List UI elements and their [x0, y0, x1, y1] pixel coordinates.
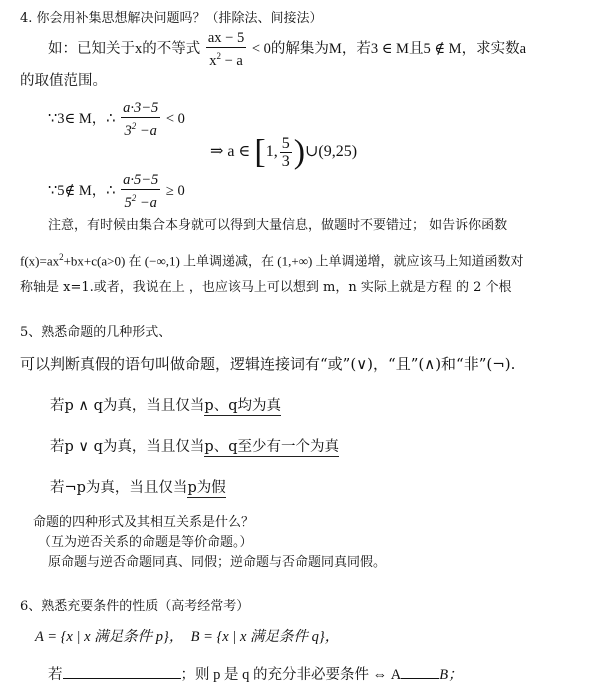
fill-suffix: B；: [439, 667, 462, 683]
rule-answer: p、q均为真: [204, 398, 281, 416]
result-lower: 1,: [266, 143, 278, 160]
logic-rule-not: 若¬p为真，当且仅当p为假: [50, 479, 226, 497]
function-expr-rest: +bx+c(a>0): [64, 253, 126, 268]
step1-prefix: ∵3∈ M，∴: [48, 111, 115, 127]
step1-numerator: a·3−5: [121, 100, 160, 118]
solution-result: ⇒ a ∈ [1,53)∪(9,25): [210, 135, 357, 170]
den-base: x: [209, 53, 216, 69]
note-line-2: f(x)=ax2+bx+c(a>0) 在 (−∞,1) 上单调递减，在 (1,+…: [20, 248, 524, 270]
result-frac-denominator: 3: [280, 153, 292, 170]
solution-step-1: ∵3∈ M，∴ a·3−5 32 −a < 0: [48, 100, 185, 140]
example-middle: < 0的解集为M，若3 ∈ M且5 ∉ M，求实数a: [252, 41, 526, 57]
blank-condition[interactable]: [63, 678, 181, 679]
fill-middle: ；则 p 是 q 的充分非必要条件 ⇔ A: [181, 667, 402, 683]
fraction-denominator: x2 − a: [207, 48, 245, 70]
solution-step-2: ∵5∉ M，∴ a·5−5 52 −a ≥ 0: [48, 172, 185, 212]
left-bracket: [: [254, 134, 265, 171]
result-union: ∪(9,25): [305, 143, 357, 160]
step1-relation: < 0: [166, 111, 185, 127]
den-rest: −a: [136, 195, 157, 211]
set-b-definition: B = {x | x 满足条件 q}，: [191, 629, 340, 645]
step2-fraction: a·5−5 52 −a: [121, 172, 160, 212]
step2-denominator: 52 −a: [122, 190, 158, 212]
den-base: 3: [124, 123, 131, 139]
function-expr: f(x)=ax: [20, 253, 59, 268]
logic-rule-and: 若p ∧ q为真，当且仅当p、q均为真: [50, 397, 281, 415]
four-forms-question: 命题的四种形式及其相互关系是什么？: [33, 514, 254, 532]
result-prefix: ⇒ a ∈: [210, 143, 250, 160]
result-frac-numerator: 5: [280, 135, 292, 153]
den-rest: − a: [221, 53, 243, 69]
example-statement: 如：已知关于x的不等式 ax − 5 x2 − a < 0的解集为M，若3 ∈ …: [48, 30, 526, 70]
den-base: 5: [124, 195, 131, 211]
four-forms-answer: 原命题与逆否命题同真、同假；逆命题与否命题同真同假。: [48, 554, 386, 572]
four-forms-note: （互为逆否关系的命题是等价命题。）: [38, 534, 253, 552]
section-5-intro: 可以判断真假的语句叫做命题，逻辑连接词有“或”(∨)，“且”(∧)和“非”(¬)…: [20, 355, 515, 373]
step1-denominator: 32 −a: [122, 118, 158, 140]
set-definitions: A = {x | x 满足条件 p}， B = {x | x 满足条件 q}，: [35, 628, 339, 646]
rule-answer: p为假: [187, 480, 225, 498]
example-tail: 的取值范围。: [20, 72, 107, 90]
note-line-2-text: 在 (−∞,1) 上单调递减，在 (1,+∞) 上单调递增，就应该马上知道函数对: [125, 253, 523, 268]
rule-answer: p、q至少有一个为真: [204, 439, 339, 457]
inequality-fraction: ax − 5 x2 − a: [206, 30, 246, 70]
example-prefix: 如：已知关于x的不等式: [48, 41, 200, 57]
fraction-numerator: ax − 5: [206, 30, 246, 48]
section-5-heading: 5、熟悉命题的几种形式、: [20, 324, 171, 342]
blank-set-relation[interactable]: [401, 678, 439, 679]
note-line-3: 称轴是 x=1.或者，我说在上 ，也应该马上可以想到 m，n 实际上就是方程 的…: [20, 279, 512, 297]
step1-fraction: a·3−5 32 −a: [121, 100, 160, 140]
logic-rule-or: 若p ∨ q为真，当且仅当p、q至少有一个为真: [50, 438, 339, 456]
set-a-definition: A = {x | x 满足条件 p}，: [35, 629, 183, 645]
section-6-heading: 6、熟悉充要条件的性质（高考经常考）: [20, 598, 249, 616]
step2-relation: ≥ 0: [166, 183, 185, 199]
rule-prefix: 若p ∧ q为真，当且仅当: [50, 398, 204, 414]
fill-prefix: 若: [48, 667, 63, 683]
condition-fill-line: 若；则 p 是 q 的充分非必要条件 ⇔ AB；: [48, 666, 463, 684]
rule-prefix: 若p ∨ q为真，当且仅当: [50, 439, 204, 455]
den-rest: −a: [136, 123, 157, 139]
section-4-heading: 4. 你会用补集思想解决问题吗？（排除法、间接法）: [20, 10, 323, 28]
result-fraction: 53: [280, 135, 292, 170]
step2-prefix: ∵5∉ M，∴: [48, 183, 115, 199]
rule-prefix: 若¬p为真，当且仅当: [50, 480, 187, 496]
note-line-1: 注意，有时候由集合本身就可以得到大量信息，做题时不要错过； 如告诉你函数: [48, 217, 507, 235]
step2-numerator: a·5−5: [121, 172, 160, 190]
right-paren: ): [294, 134, 305, 171]
